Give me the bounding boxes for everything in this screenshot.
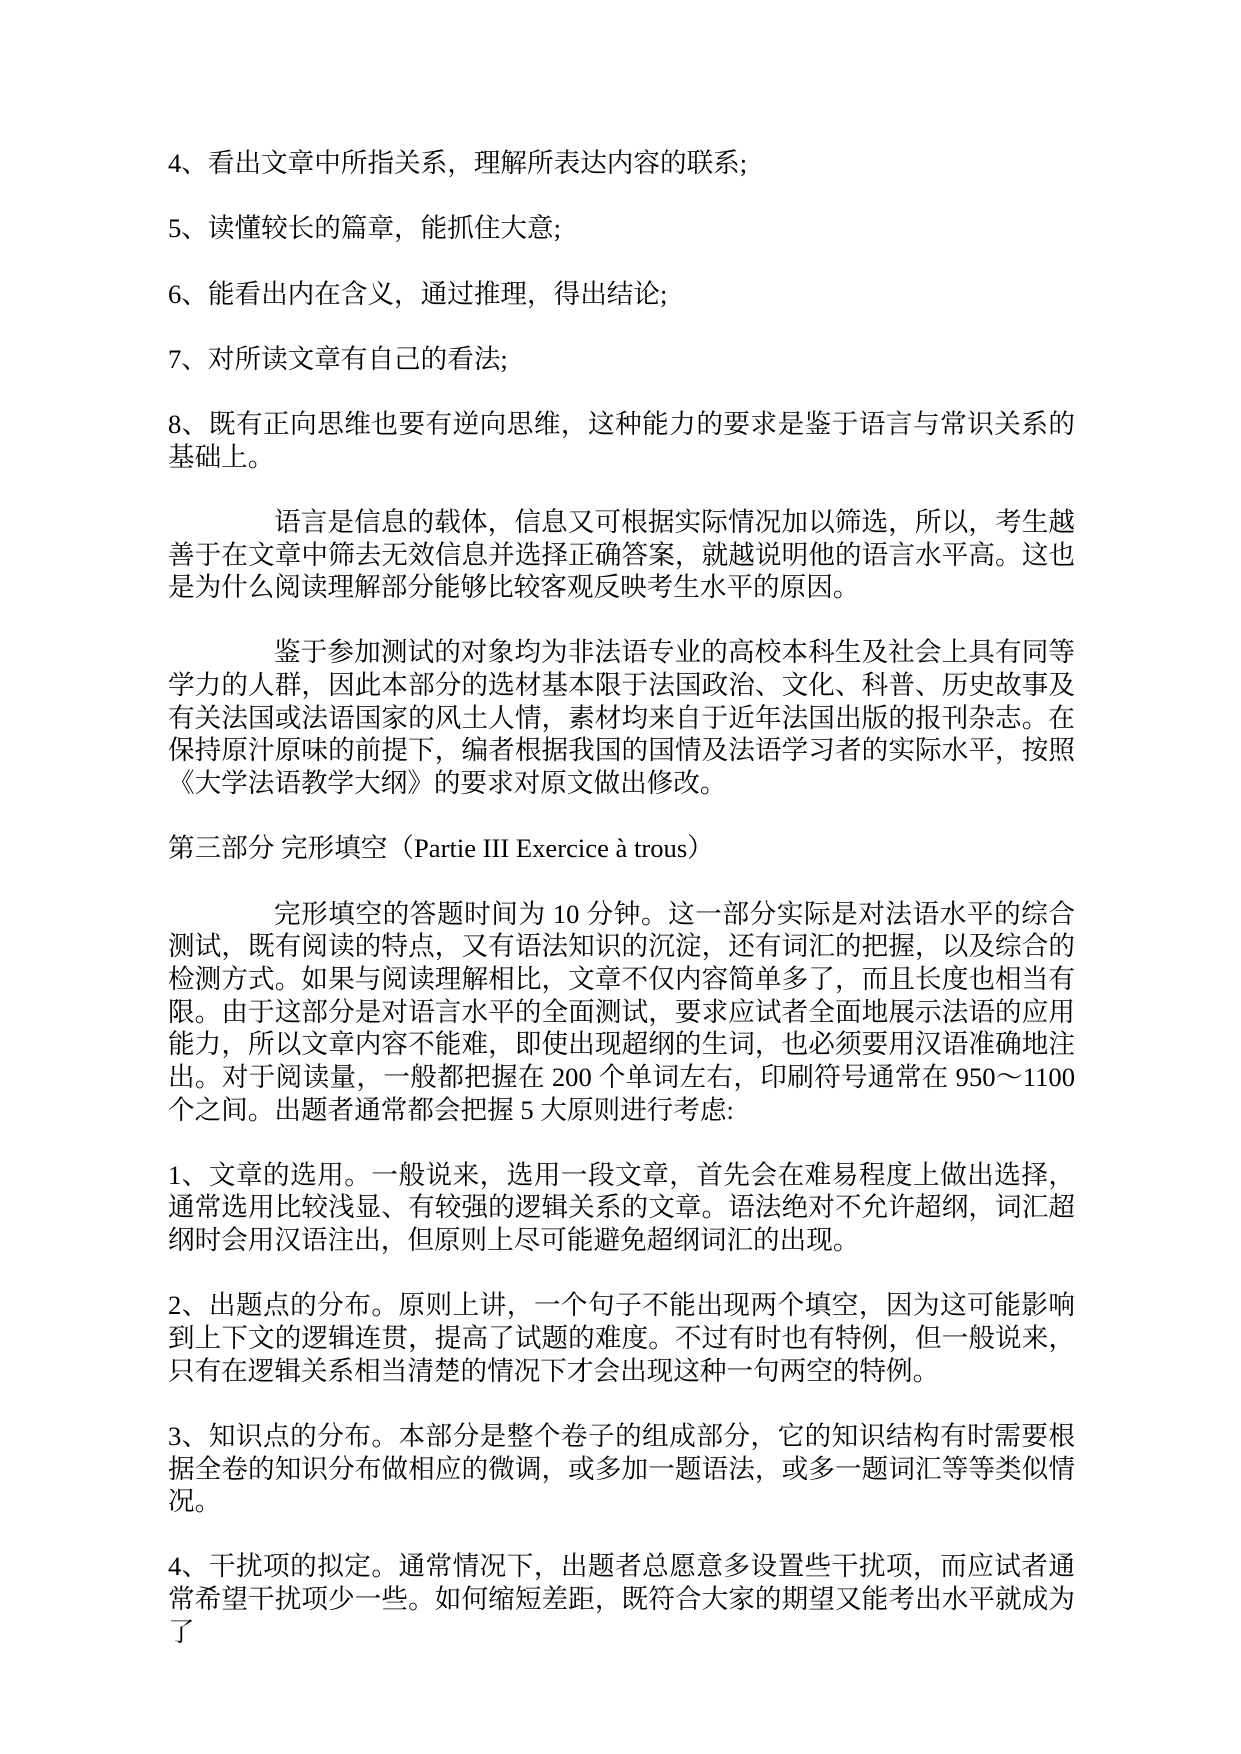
paragraph: 2、出题点的分布。原则上讲，一个句子不能出现两个填空，因为这可能影响到上下文的逻… xyxy=(168,1289,1075,1387)
paragraph: 4、看出文章中所指关系，理解所表达内容的联系; xyxy=(168,147,1075,180)
paragraph: 7、对所读文章有自己的看法; xyxy=(168,343,1075,376)
document-body: 4、看出文章中所指关系，理解所表达内容的联系;5、读懂较长的篇章，能抓住大意;6… xyxy=(168,147,1075,1648)
section-heading: 第三部分 完形填空（Partie III Exercice à trous） xyxy=(168,832,1075,865)
document-page: 4、看出文章中所指关系，理解所表达内容的联系;5、读懂较长的篇章，能抓住大意;6… xyxy=(0,0,1241,1754)
paragraph: 完形填空的答题时间为 10 分钟。这一部分实际是对法语水平的综合测试，既有阅读的… xyxy=(168,898,1075,1127)
paragraph: 1、文章的选用。一般说来，选用一段文章，首先会在难易程度上做出选择，通常选用比较… xyxy=(168,1159,1075,1257)
paragraph: 6、能看出内在含义，通过推理，得出结论; xyxy=(168,278,1075,311)
paragraph: 5、读懂较长的篇章，能抓住大意; xyxy=(168,212,1075,245)
paragraph: 3、知识点的分布。本部分是整个卷子的组成部分，它的知识结构有时需要根据全卷的知识… xyxy=(168,1420,1075,1518)
paragraph: 语言是信息的载体，信息又可根据实际情况加以筛选，所以，考生越善于在文章中筛去无效… xyxy=(168,506,1075,604)
paragraph: 8、既有正向思维也要有逆向思维，这种能力的要求是鉴于语言与常识关系的基础上。 xyxy=(168,408,1075,473)
paragraph: 4、干扰项的拟定。通常情况下，出题者总愿意多设置些干扰项，而应试者通常希望干扰项… xyxy=(168,1550,1075,1648)
paragraph: 鉴于参加测试的对象均为非法语专业的高校本科生及社会上具有同等学力的人群，因此本部… xyxy=(168,636,1075,799)
